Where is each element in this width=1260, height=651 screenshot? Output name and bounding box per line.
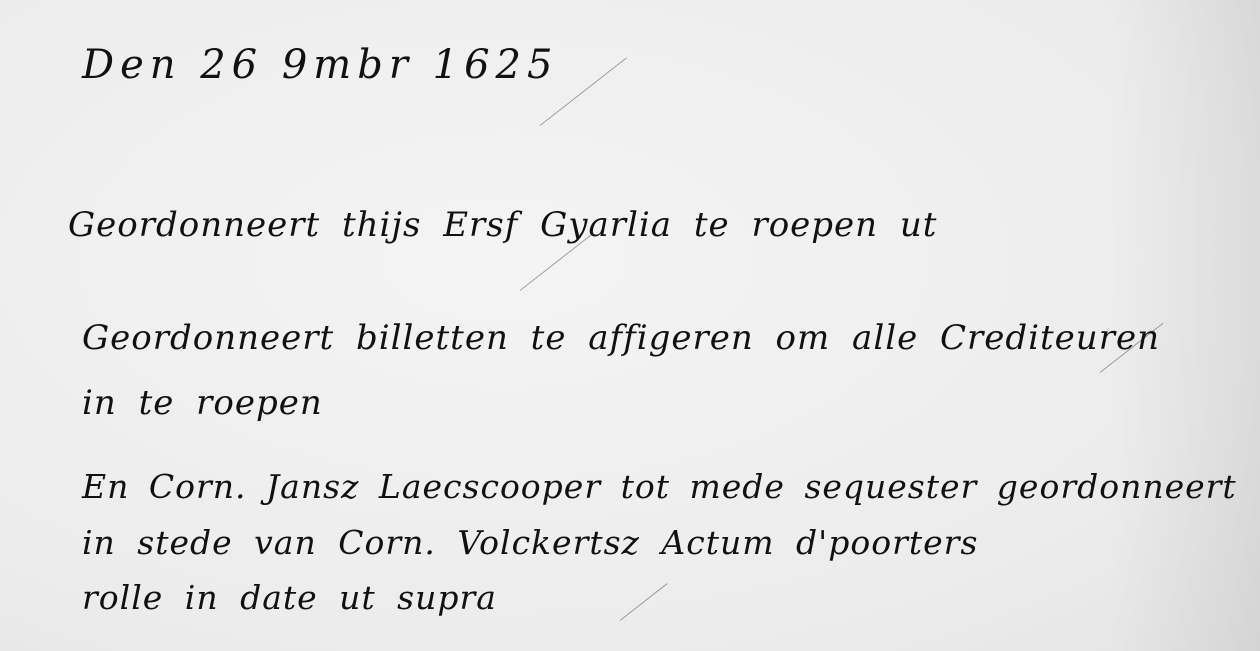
entry-3-line-1: En Corn. Jansz Laecscooper tot mede sequ… xyxy=(82,467,1237,506)
entry-2-line-2: in te roepen xyxy=(82,383,323,423)
entry-3-line-2: in stede van Corn. Volckertsz Actum d'po… xyxy=(82,523,978,562)
entry-1-line-1: Geordonneert thijs Ersf Gyarlia te roepe… xyxy=(68,205,937,245)
manuscript-page: Den 26 9mbr 1625 Geordonneert thijs Ersf… xyxy=(0,0,1260,651)
entry-2-line-1: Geordonneert billetten te affigeren om a… xyxy=(82,318,1160,358)
entry-3-line-3: rolle in date ut supra xyxy=(82,578,497,617)
pen-stroke xyxy=(620,583,668,621)
date-heading: Den 26 9mbr 1625 xyxy=(82,42,558,88)
